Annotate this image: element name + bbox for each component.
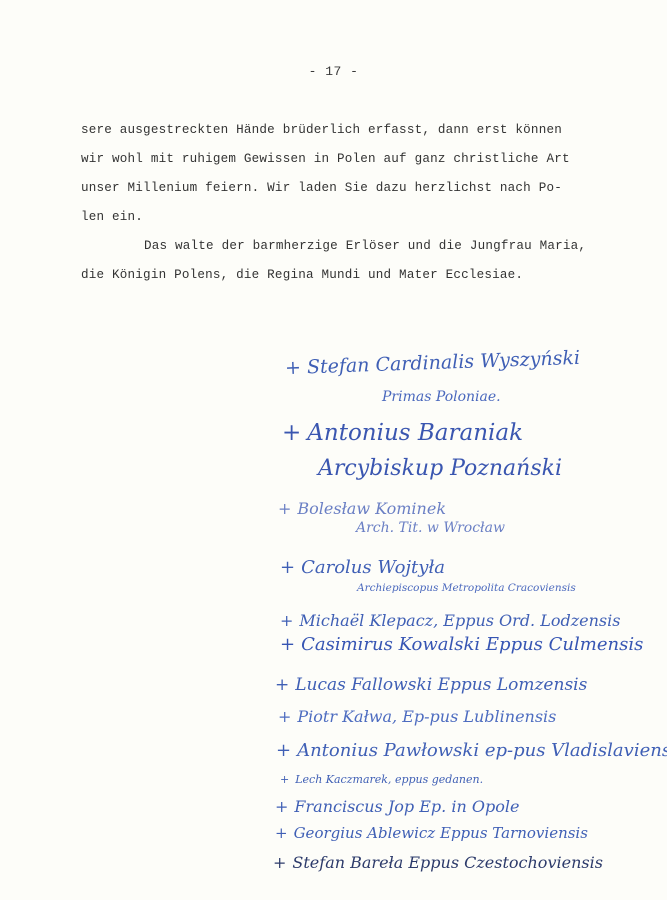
signatory-name: Stefan Bareła — [292, 853, 403, 872]
signatory-name: Carolus Wojtyła — [301, 557, 445, 578]
signatory-name: Lech Kaczmarek, — [295, 773, 391, 786]
signature-barela: +Stefan Bareła Eppus Czestochoviensis — [273, 853, 603, 872]
cross-mark: + — [276, 740, 291, 761]
signatory-name: Casimirus Kowalski — [301, 634, 480, 655]
signature-wyszynski: +Stefan Cardinalis Wyszyński — [285, 347, 581, 379]
signature-jop: +Franciscus Jop Ep. in Opole — [275, 797, 519, 816]
signature-klepacz: +Michaël Klepacz, Eppus Ord. Lodzensis — [280, 611, 620, 630]
signatory-name: Franciscus Jop — [294, 797, 414, 816]
signatory-title: Eppus Tarnoviensis — [440, 824, 588, 842]
signatory-title: Eppus Czestochoviensis — [408, 853, 603, 872]
cross-mark: + — [280, 611, 293, 630]
signatory-title: Eppus Culmensis — [486, 634, 643, 655]
signatory-name: Michaël Klepacz, — [299, 611, 438, 630]
signature-kalwa: +Piotr Kałwa, Ep-pus Lublinensis — [278, 707, 556, 726]
signatory-title: ep-pus Vladislaviensis — [485, 740, 667, 761]
signature-kowalski: +Casimirus Kowalski Eppus Culmensis — [280, 634, 643, 655]
signatory-name: Bolesław Kominek — [297, 499, 446, 518]
cross-mark: + — [280, 557, 295, 578]
signature-block: +Stefan Cardinalis Wyszyński Primas Polo… — [0, 0, 667, 900]
signatory-name: Georgius Ablewicz — [294, 824, 436, 842]
signatory-title: Eppus Ord. Lodzensis — [443, 611, 620, 630]
document-page: - 17 - sere ausgestreckten Hände brüderl… — [0, 0, 667, 900]
signatory-title: Ep-pus Lublinensis — [402, 707, 556, 726]
signature-fallowski: +Lucas Fallowski Eppus Lomzensis — [275, 675, 587, 695]
cross-mark: + — [285, 357, 302, 380]
cross-mark: + — [280, 773, 289, 786]
cross-mark: + — [275, 824, 288, 842]
signature-wojtyla: +Carolus Wojtyła — [280, 557, 445, 578]
signatory-title: Eppus Lomzensis — [438, 675, 588, 695]
signatory-title: Arcybiskup Poznański — [318, 456, 562, 481]
signature-kaczmarek: +Lech Kaczmarek, eppus gedanen. — [280, 773, 483, 786]
cross-mark: + — [273, 853, 286, 872]
signatory-title: Ep. in Opole — [419, 797, 519, 816]
cross-mark: + — [275, 797, 288, 816]
signatory-name: Antonius Baraniak — [307, 420, 523, 446]
signatory-name: Lucas Fallowski — [295, 675, 432, 695]
signature-kominek: +Bolesław Kominek — [278, 499, 446, 518]
signature-baraniak: +Antonius Baraniak — [282, 420, 523, 446]
signatory-name: Antonius Pawłowski — [297, 740, 479, 761]
signatory-name: Stefan Cardinalis Wyszyński — [307, 347, 581, 379]
cross-mark: + — [280, 634, 295, 655]
signatory-name: Piotr Kałwa, — [297, 707, 397, 726]
signature-pawlowski: +Antonius Pawłowski ep-pus Vladislaviens… — [276, 740, 667, 761]
cross-mark: + — [278, 707, 291, 726]
signatory-title: eppus gedanen. — [395, 773, 483, 786]
cross-mark: + — [278, 499, 291, 518]
signature-ablewicz: +Georgius Ablewicz Eppus Tarnoviensis — [275, 824, 588, 842]
cross-mark: + — [275, 675, 289, 695]
signatory-title: Arch. Tit. w Wrocław — [356, 520, 505, 536]
cross-mark: + — [282, 420, 301, 446]
signatory-title: Archiepiscopus Metropolita Cracoviensis — [357, 582, 576, 594]
signatory-title: Primas Poloniae. — [382, 389, 501, 405]
